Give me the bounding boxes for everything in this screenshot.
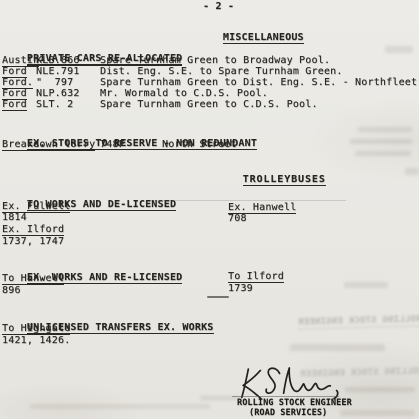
car-registration: SLT. 2 <box>36 99 73 110</box>
scan-smudge <box>385 46 413 53</box>
depot-label: To Highgate <box>2 323 70 335</box>
scan-smudge <box>350 139 412 144</box>
scan-smudge <box>290 344 385 351</box>
stores-item: Breakdown lorry <box>2 139 95 151</box>
depot-label: Ex. Ilford <box>2 224 64 236</box>
car-detail: Mr. Wormald to C.D.S. Pool. <box>100 88 268 99</box>
scan-smudge <box>355 151 411 156</box>
scan-smudge <box>340 410 415 416</box>
depot-label: To Ilford <box>228 271 284 283</box>
fleet-numbers: 896 <box>2 285 21 296</box>
car-registration: " 797 <box>36 77 73 88</box>
bleedthrough-stamp: ROLLING STOCK ENGINEER <box>298 314 419 329</box>
scan-crease-line <box>150 200 346 201</box>
car-registration: NLP.632 <box>36 88 80 99</box>
scan-smudge <box>345 387 415 392</box>
scanned-document-page: - 2 - MISCELLANEOUS PRIVATE CARS RE-ALLO… <box>0 0 419 419</box>
car-detail: Dist. Eng. S.E. to Spare Turnham Green. <box>100 66 343 77</box>
scan-smudge <box>344 282 388 288</box>
car-detail: Spare Turnham Green to Dist. Eng. S.E. -… <box>100 77 419 88</box>
fleet-numbers: 1737, 1747 <box>2 236 64 247</box>
fleet-numbers: 1739 <box>228 283 253 294</box>
signature-line <box>232 396 339 397</box>
stores-number: 748F <box>100 139 125 150</box>
fleet-numbers: 708 <box>228 213 247 224</box>
car-detail: Spare Turnham Green to Broadway Pool. <box>100 55 330 66</box>
fleet-numbers: 1814 <box>2 212 27 223</box>
stores-location: North Street <box>162 139 237 150</box>
car-make: Ford <box>2 99 27 111</box>
fleet-numbers: 1421, 1426. <box>2 335 70 346</box>
section-heading-trolleybuses: TROLLEYBUSES <box>243 174 326 186</box>
depot-label: To Hanwell <box>2 273 64 285</box>
scan-smudge <box>200 396 240 400</box>
car-registration: KLB.866 <box>36 55 80 66</box>
scan-mark <box>207 296 229 298</box>
page-title: MISCELLANEOUS <box>223 32 304 44</box>
car-detail: Spare Turnham Green to C.D.S. Pool. <box>100 99 318 110</box>
scan-smudge <box>358 127 412 132</box>
car-registration: NLE.791 <box>36 66 80 77</box>
page-number: - 2 - <box>203 1 234 12</box>
scan-smudge <box>30 404 210 409</box>
scan-smudge <box>405 168 419 175</box>
stamp-title-line2: (ROAD SERVICES) <box>249 408 327 419</box>
